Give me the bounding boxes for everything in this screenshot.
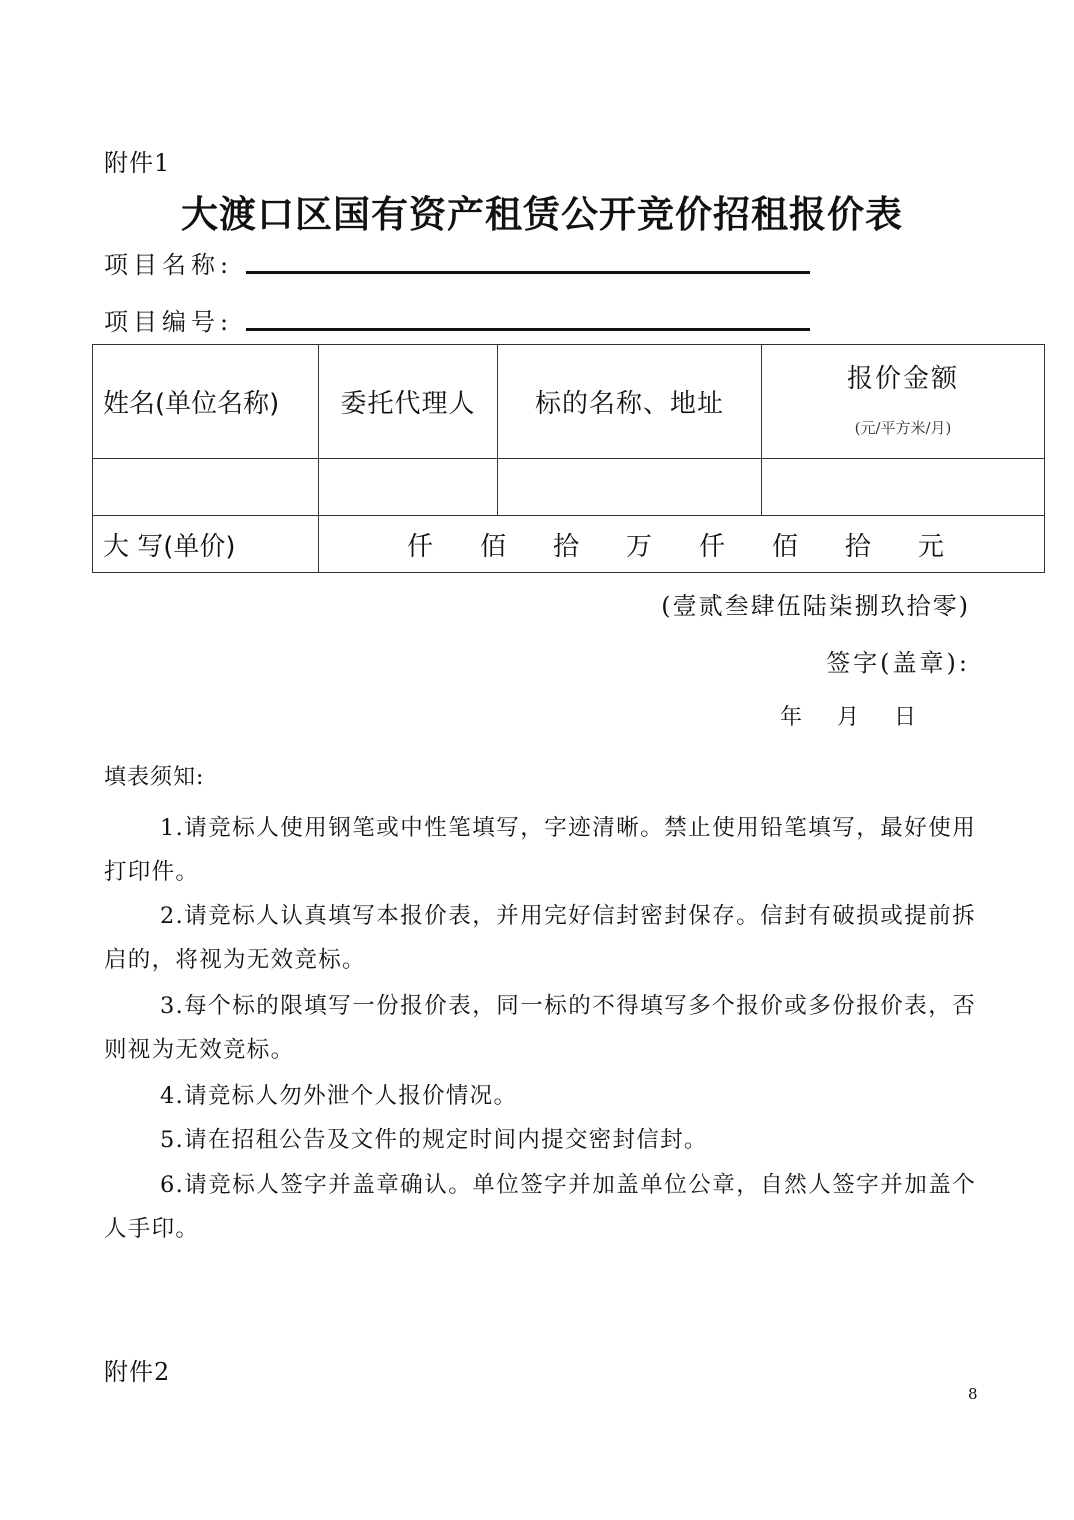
header-agent: 委托代理人 xyxy=(319,345,498,459)
unit-shi: 拾 xyxy=(553,526,579,563)
cell-name-input[interactable] xyxy=(93,459,319,516)
date-year: 年 xyxy=(780,705,802,730)
annex-2-label: 附件2 xyxy=(104,1352,170,1387)
note-item-3: 3.每个标的限填写一份报价表，同一标的不得填写多个报价或多份报价表，否则视为无效… xyxy=(104,984,976,1072)
date-line: 年 月 日 xyxy=(780,700,916,731)
note-item-2: 2.请竞标人认真填写本报价表，并用完好信封密封保存。信封有破损或提前拆启的，将视… xyxy=(104,894,976,982)
unit-qian: 仟 xyxy=(407,526,433,563)
annex-1-label: 附件1 xyxy=(104,143,170,178)
note-item-6: 6.请竞标人签字并盖章确认。单位签字并加盖单位公章，自然人签字并加盖个人手印。 xyxy=(104,1163,976,1251)
unit-yuan: 元 xyxy=(918,526,944,563)
table-row xyxy=(93,459,1045,516)
header-amount-title: 报价金额 xyxy=(762,358,1044,395)
header-amount-unit: (元/平方米/月) xyxy=(762,417,1044,438)
project-number-field[interactable] xyxy=(246,328,810,331)
note-item-4: 4.请竞标人勿外泄个人报价情况。 xyxy=(104,1074,976,1118)
header-target: 标的名称、地址 xyxy=(498,345,762,459)
quote-table: 姓名(单位名称) 委托代理人 标的名称、地址 报价金额 (元/平方米/月) 大 … xyxy=(92,344,1045,573)
header-name: 姓名(单位名称) xyxy=(93,345,319,459)
notes-title: 填表须知: xyxy=(104,760,204,791)
unit-wan: 万 xyxy=(626,526,652,563)
date-day: 日 xyxy=(894,705,916,730)
unit-bai-2: 佰 xyxy=(772,526,798,563)
capital-label: 大 写(单价) xyxy=(93,516,319,573)
note-item-5: 5.请在招租公告及文件的规定时间内提交密封信封。 xyxy=(104,1118,976,1162)
page-number: 8 xyxy=(968,1385,978,1403)
note-item-1: 1.请竞标人使用钢笔或中性笔填写，字迹清晰。禁止使用铅笔填写，最好使用打印件。 xyxy=(104,806,976,894)
unit-shi-2: 拾 xyxy=(845,526,871,563)
cell-agent-input[interactable] xyxy=(319,459,498,516)
project-name-label: 项目名称: xyxy=(104,245,233,280)
header-amount: 报价金额 (元/平方米/月) xyxy=(762,345,1045,459)
table-header-row: 姓名(单位名称) 委托代理人 标的名称、地址 报价金额 (元/平方米/月) xyxy=(93,345,1045,459)
capital-amount-field[interactable]: 仟 佰 拾 万 仟 佰 拾 元 xyxy=(319,516,1045,573)
project-name-field[interactable] xyxy=(246,271,810,274)
project-number-label: 项目编号: xyxy=(104,302,233,337)
cell-target-input[interactable] xyxy=(498,459,762,516)
unit-qian-2: 仟 xyxy=(699,526,725,563)
cell-amount-input[interactable] xyxy=(762,459,1045,516)
signature-label: 签字(盖章): xyxy=(826,643,970,678)
date-month: 月 xyxy=(837,705,859,730)
unit-bai: 佰 xyxy=(480,526,506,563)
document-title: 大渡口区国有资产租赁公开竞价招租报价表 xyxy=(0,184,1074,238)
capital-amount-row: 大 写(单价) 仟 佰 拾 万 仟 佰 拾 元 xyxy=(93,516,1045,573)
capital-units: 仟 佰 拾 万 仟 佰 拾 元 xyxy=(319,526,1044,563)
capital-numerals-hint: (壹贰叁肆伍陆柒捌玖拾零) xyxy=(661,586,970,621)
